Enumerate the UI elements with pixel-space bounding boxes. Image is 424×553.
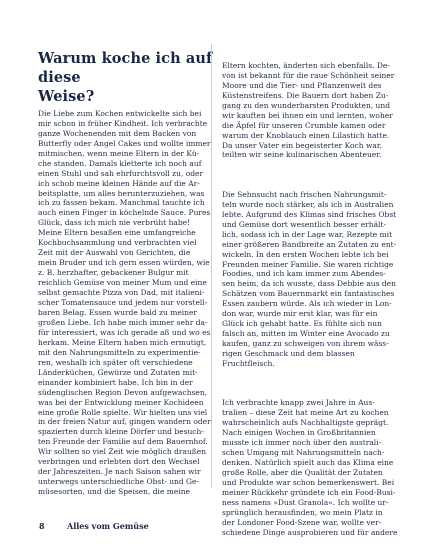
page-footer: 8Alles vom Gemüse [39,521,149,531]
body-paragraph: Eltern kochten, änderten sich ebenfalls.… [222,61,394,161]
left-text-column: Die Liebe zum Kochen entwickelte sich be… [38,89,210,517]
footer-section-title: Alles vom Gemüse [67,521,149,531]
column-divider-rule [211,44,212,488]
right-text-column: Eltern kochten, änderten sich ebenfalls.… [222,41,394,553]
body-paragraph: Ich verbrachte knapp zwei Jahre in Aus- … [222,398,394,537]
body-paragraph: Die Liebe zum Kochen entwickelte sich be… [38,109,210,497]
body-paragraph: Die Sehnsucht nach frischen Nahrungsmit-… [222,190,394,369]
page-number: 8 [39,521,67,531]
book-page: Warum koche ich auf diese Weise? Die Lie… [0,0,424,553]
